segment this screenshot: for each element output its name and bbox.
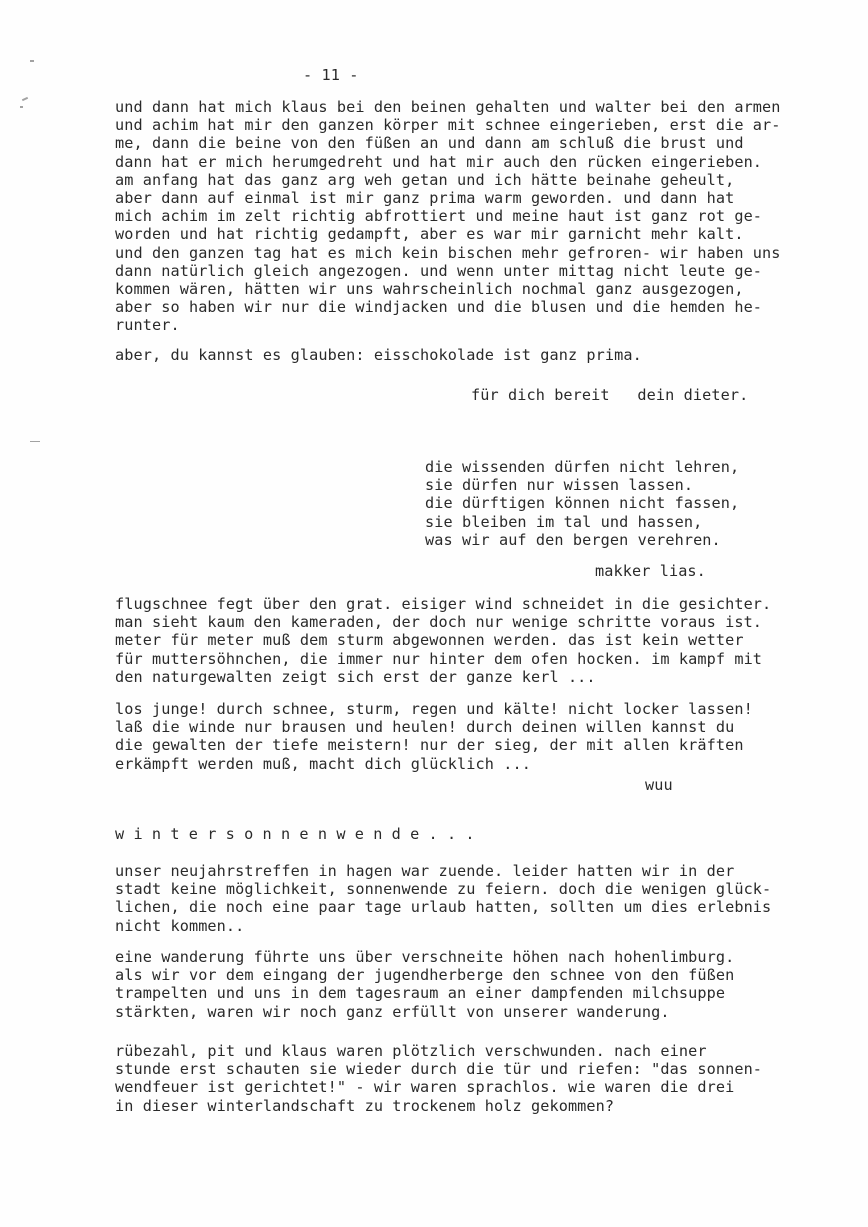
text-line: flugschnee fegt über den grat. eisiger w… (115, 595, 771, 613)
scan-artifact (30, 60, 34, 62)
signature-dieter: für dich bereit dein dieter. (471, 386, 748, 404)
text-line: aber, du kannst es glauben: eisschokolad… (115, 346, 642, 364)
text-line: rübezahl, pit und klaus waren plötzlich … (115, 1042, 762, 1060)
poem: die wissenden dürfen nicht lehren,sie dü… (425, 458, 739, 549)
text-line: und den ganzen tag hat es mich kein bisc… (115, 244, 781, 262)
text-line: was wir auf den bergen verehren. (425, 531, 739, 549)
paragraph-ruebezahl: rübezahl, pit und klaus waren plötzlich … (115, 1042, 762, 1115)
page-number: - 11 - (303, 66, 358, 84)
paragraph-flugschnee: flugschnee fegt über den grat. eisiger w… (115, 595, 771, 686)
text-line: laß die winde nur brausen und heulen! du… (115, 718, 753, 736)
text-line: in dieser winterlandschaft zu trockenem … (115, 1097, 762, 1115)
paragraph-neujahrstreffen: unser neujahrstreffen in hagen war zuend… (115, 862, 771, 935)
text-line: trampelten und uns in dem tagesraum an e… (115, 984, 734, 1002)
text-line: aber so haben wir nur die windjacken und… (115, 298, 781, 316)
text-line: und dann hat mich klaus bei den beinen g… (115, 98, 781, 116)
text-line: eine wanderung führte uns über verschnei… (115, 948, 734, 966)
scan-artifact (22, 97, 28, 101)
signature-wuu: wuu (645, 776, 673, 794)
text-line: lichen, die noch eine paar tage urlaub h… (115, 898, 771, 916)
paragraph-los-junge: los junge! durch schnee, sturm, regen un… (115, 700, 753, 773)
text-line: stunde erst schauten sie wieder durch di… (115, 1060, 762, 1078)
text-line: sie dürfen nur wissen lassen. (425, 476, 739, 494)
text-line: unser neujahrstreffen in hagen war zuend… (115, 862, 771, 880)
text-line: me, dann die beine von den füßen an und … (115, 134, 781, 152)
text-line: den naturgewalten zeigt sich erst der ga… (115, 668, 771, 686)
text-line: aber dann auf einmal ist mir ganz prima … (115, 189, 781, 207)
text-line: dann hat er mich herumgedreht und hat mi… (115, 153, 781, 171)
poem-author: makker lias. (595, 562, 706, 580)
text-line: die wissenden dürfen nicht lehren, (425, 458, 739, 476)
document-page: - 11 - und dann hat mich klaus bei den b… (0, 0, 868, 1227)
text-line: die dürftigen können nicht fassen, (425, 494, 739, 512)
text-line: wendfeuer ist gerichtet!" - wir waren sp… (115, 1078, 762, 1096)
text-line: stärkten, waren wir noch ganz erfüllt vo… (115, 1003, 734, 1021)
text-line: stadt keine möglichkeit, sonnenwende zu … (115, 880, 771, 898)
text-line: am anfang hat das ganz arg weh getan und… (115, 171, 781, 189)
text-line: meter für meter muß dem sturm abgewonnen… (115, 631, 771, 649)
paragraph-eisschokolade-conclusion: aber, du kannst es glauben: eisschokolad… (115, 346, 642, 364)
text-line: erkämpft werden muß, macht dich glücklic… (115, 755, 753, 773)
section-heading-wintersonnenwende: wintersonnenwende... (115, 825, 484, 843)
text-line: mich achim im zelt richtig abfrottiert u… (115, 207, 781, 225)
text-line: nicht kommen.. (115, 917, 771, 935)
text-line: runter. (115, 316, 781, 334)
scan-artifact (30, 441, 40, 442)
paragraph-wanderung: eine wanderung führte uns über verschnei… (115, 948, 734, 1021)
text-line: los junge! durch schnee, sturm, regen un… (115, 700, 753, 718)
text-line: dann natürlich gleich angezogen. und wen… (115, 262, 781, 280)
text-line: worden und hat richtig gedampft, aber es… (115, 225, 781, 243)
text-line: die gewalten der tiefe meistern! nur der… (115, 736, 753, 754)
text-line: sie bleiben im tal und hassen, (425, 513, 739, 531)
paragraph-eisschokolade-story: und dann hat mich klaus bei den beinen g… (115, 98, 781, 334)
text-line: kommen wären, hätten wir uns wahrscheinl… (115, 280, 781, 298)
text-line: und achim hat mir den ganzen körper mit … (115, 116, 781, 134)
text-line: man sieht kaum den kameraden, der doch n… (115, 613, 771, 631)
text-line: als wir vor dem eingang der jugendherber… (115, 966, 734, 984)
text-line: für muttersöhnchen, die immer nur hinter… (115, 650, 771, 668)
scan-artifact (20, 106, 23, 108)
